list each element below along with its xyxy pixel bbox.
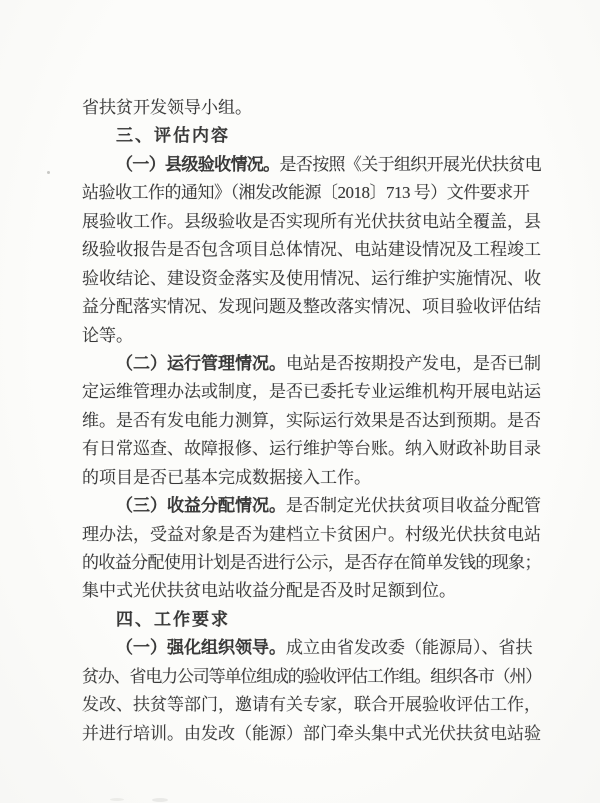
document-line: 集中式光伏扶贫电站收益分配是否及时足额到位。 bbox=[82, 577, 541, 605]
line-text: 的收益分配使用计划是否进行公示，是否存在简单发钱的现象； bbox=[82, 553, 541, 572]
paragraph-lead-in: （三）收益分配情况。 bbox=[116, 496, 286, 515]
document-line: 维。是否有发电能力测算，实际运行效果是否达到预期。是否 bbox=[82, 407, 541, 435]
document-line: 理办法，受益对象是否为建档立卡贫困户。村级光伏扶贫电站 bbox=[82, 521, 541, 549]
scan-speck bbox=[47, 171, 50, 174]
document-line: 论等。 bbox=[82, 322, 541, 350]
document-line: 的项目是否已基本完成数据接入工作。 bbox=[82, 464, 541, 492]
document-line: 益分配落实情况、发现问题及整改落实情况、项目验收评估结 bbox=[82, 293, 541, 321]
scan-speck bbox=[110, 798, 124, 801]
document-line: 定运维管理办法或制度，是否已委托专业运维机构开展电站运 bbox=[82, 378, 541, 406]
scanned-document-page: 省扶贫开发领导小组。三、评估内容（一）县级验收情况。是否按照《关于组织开展光伏扶… bbox=[0, 0, 600, 803]
line-text: 理办法，受益对象是否为建档立卡贫困户。村级光伏扶贫电站 bbox=[82, 525, 541, 544]
line-text: 展验收工作。县级验收是否实现所有光伏扶贫电站全覆盖，县 bbox=[82, 212, 541, 231]
document-line: 展验收工作。县级验收是否实现所有光伏扶贫电站全覆盖，县 bbox=[82, 208, 541, 236]
document-line: 级验收报告是否包含项目总体情况、电站建设情况及工程竣工 bbox=[82, 236, 541, 264]
line-text: 省扶贫开发领导小组。 bbox=[82, 98, 252, 117]
document-line: 并进行培训。由发改（能源）部门牵头集中式光伏扶贫电站验 bbox=[82, 720, 541, 748]
line-text: 的项目是否已基本完成数据接入工作。 bbox=[82, 468, 371, 487]
section-heading: 三、评估内容 bbox=[82, 122, 541, 150]
line-text: 站验收工作的通知》（湘发改能源〔2018〕713 号）文件要求开 bbox=[82, 183, 529, 202]
document-line: （三）收益分配情况。是否制定光伏扶贫项目收益分配管 bbox=[82, 492, 541, 520]
line-text: 论等。 bbox=[82, 326, 133, 345]
line-text: 益分配落实情况、发现问题及整改落实情况、项目验收评估结 bbox=[82, 297, 541, 316]
paragraph-lead-in: （一）强化组织领导。 bbox=[116, 638, 286, 657]
section-heading: 四、工作要求 bbox=[82, 606, 541, 634]
line-text: 有日常巡查、故障报修、运行维护等台账。纳入财政补助目录 bbox=[82, 439, 541, 458]
line-text: 三、评估内容 bbox=[116, 126, 230, 145]
document-line: 有日常巡查、故障报修、运行维护等台账。纳入财政补助目录 bbox=[82, 435, 541, 463]
line-text: 并进行培训。由发改（能源）部门牵头集中式光伏扶贫电站验 bbox=[82, 724, 541, 743]
line-text: 验收结论、建设资金落实及使用情况、运行维护实施情况、收 bbox=[82, 269, 541, 288]
document-line: 发改、扶贫等部门，邀请有关专家，联合开展验收评估工作， bbox=[82, 691, 541, 719]
document-line: 省扶贫开发领导小组。 bbox=[82, 94, 541, 122]
line-text: 成立由省发改委（能源局）、省扶 bbox=[286, 638, 533, 657]
line-text: 四、工作要求 bbox=[116, 610, 230, 629]
line-text: 发改、扶贫等部门，邀请有关专家，联合开展验收评估工作， bbox=[82, 695, 541, 714]
document-line: （一）强化组织领导。成立由省发改委（能源局）、省扶 bbox=[82, 634, 541, 662]
document-line: （二）运行管理情况。电站是否按期投产发电，是否已制 bbox=[82, 350, 541, 378]
scan-speck bbox=[152, 798, 168, 802]
line-text: 是否制定光伏扶贫项目收益分配管 bbox=[286, 496, 541, 515]
line-text: 级验收报告是否包含项目总体情况、电站建设情况及工程竣工 bbox=[82, 240, 541, 259]
document-line: 站验收工作的通知》（湘发改能源〔2018〕713 号）文件要求开 bbox=[82, 179, 541, 207]
document-line: （一）县级验收情况。是否按照《关于组织开展光伏扶贫电 bbox=[82, 151, 541, 179]
line-text: 贫办、省电力公司等单位组成的验收评估工作组。组织各市（州） bbox=[82, 667, 541, 686]
line-text: 维。是否有发电能力测算，实际运行效果是否达到预期。是否 bbox=[82, 411, 541, 430]
document-line: 的收益分配使用计划是否进行公示，是否存在简单发钱的现象； bbox=[82, 549, 541, 577]
paragraph-lead-in: （一）县级验收情况。 bbox=[116, 155, 280, 174]
line-text: 集中式光伏扶贫电站收益分配是否及时足额到位。 bbox=[82, 581, 456, 600]
document-line: 验收结论、建设资金落实及使用情况、运行维护实施情况、收 bbox=[82, 265, 541, 293]
line-text: 是否按照《关于组织开展光伏扶贫电 bbox=[280, 155, 542, 174]
document-line: 贫办、省电力公司等单位组成的验收评估工作组。组织各市（州） bbox=[82, 663, 541, 691]
line-text: 定运维管理办法或制度，是否已委托专业运维机构开展电站运 bbox=[82, 382, 541, 401]
document-body: 省扶贫开发领导小组。三、评估内容（一）县级验收情况。是否按照《关于组织开展光伏扶… bbox=[82, 94, 541, 748]
paragraph-lead-in: （二）运行管理情况。 bbox=[116, 354, 286, 373]
line-text: 电站是否按期投产发电，是否已制 bbox=[286, 354, 541, 373]
